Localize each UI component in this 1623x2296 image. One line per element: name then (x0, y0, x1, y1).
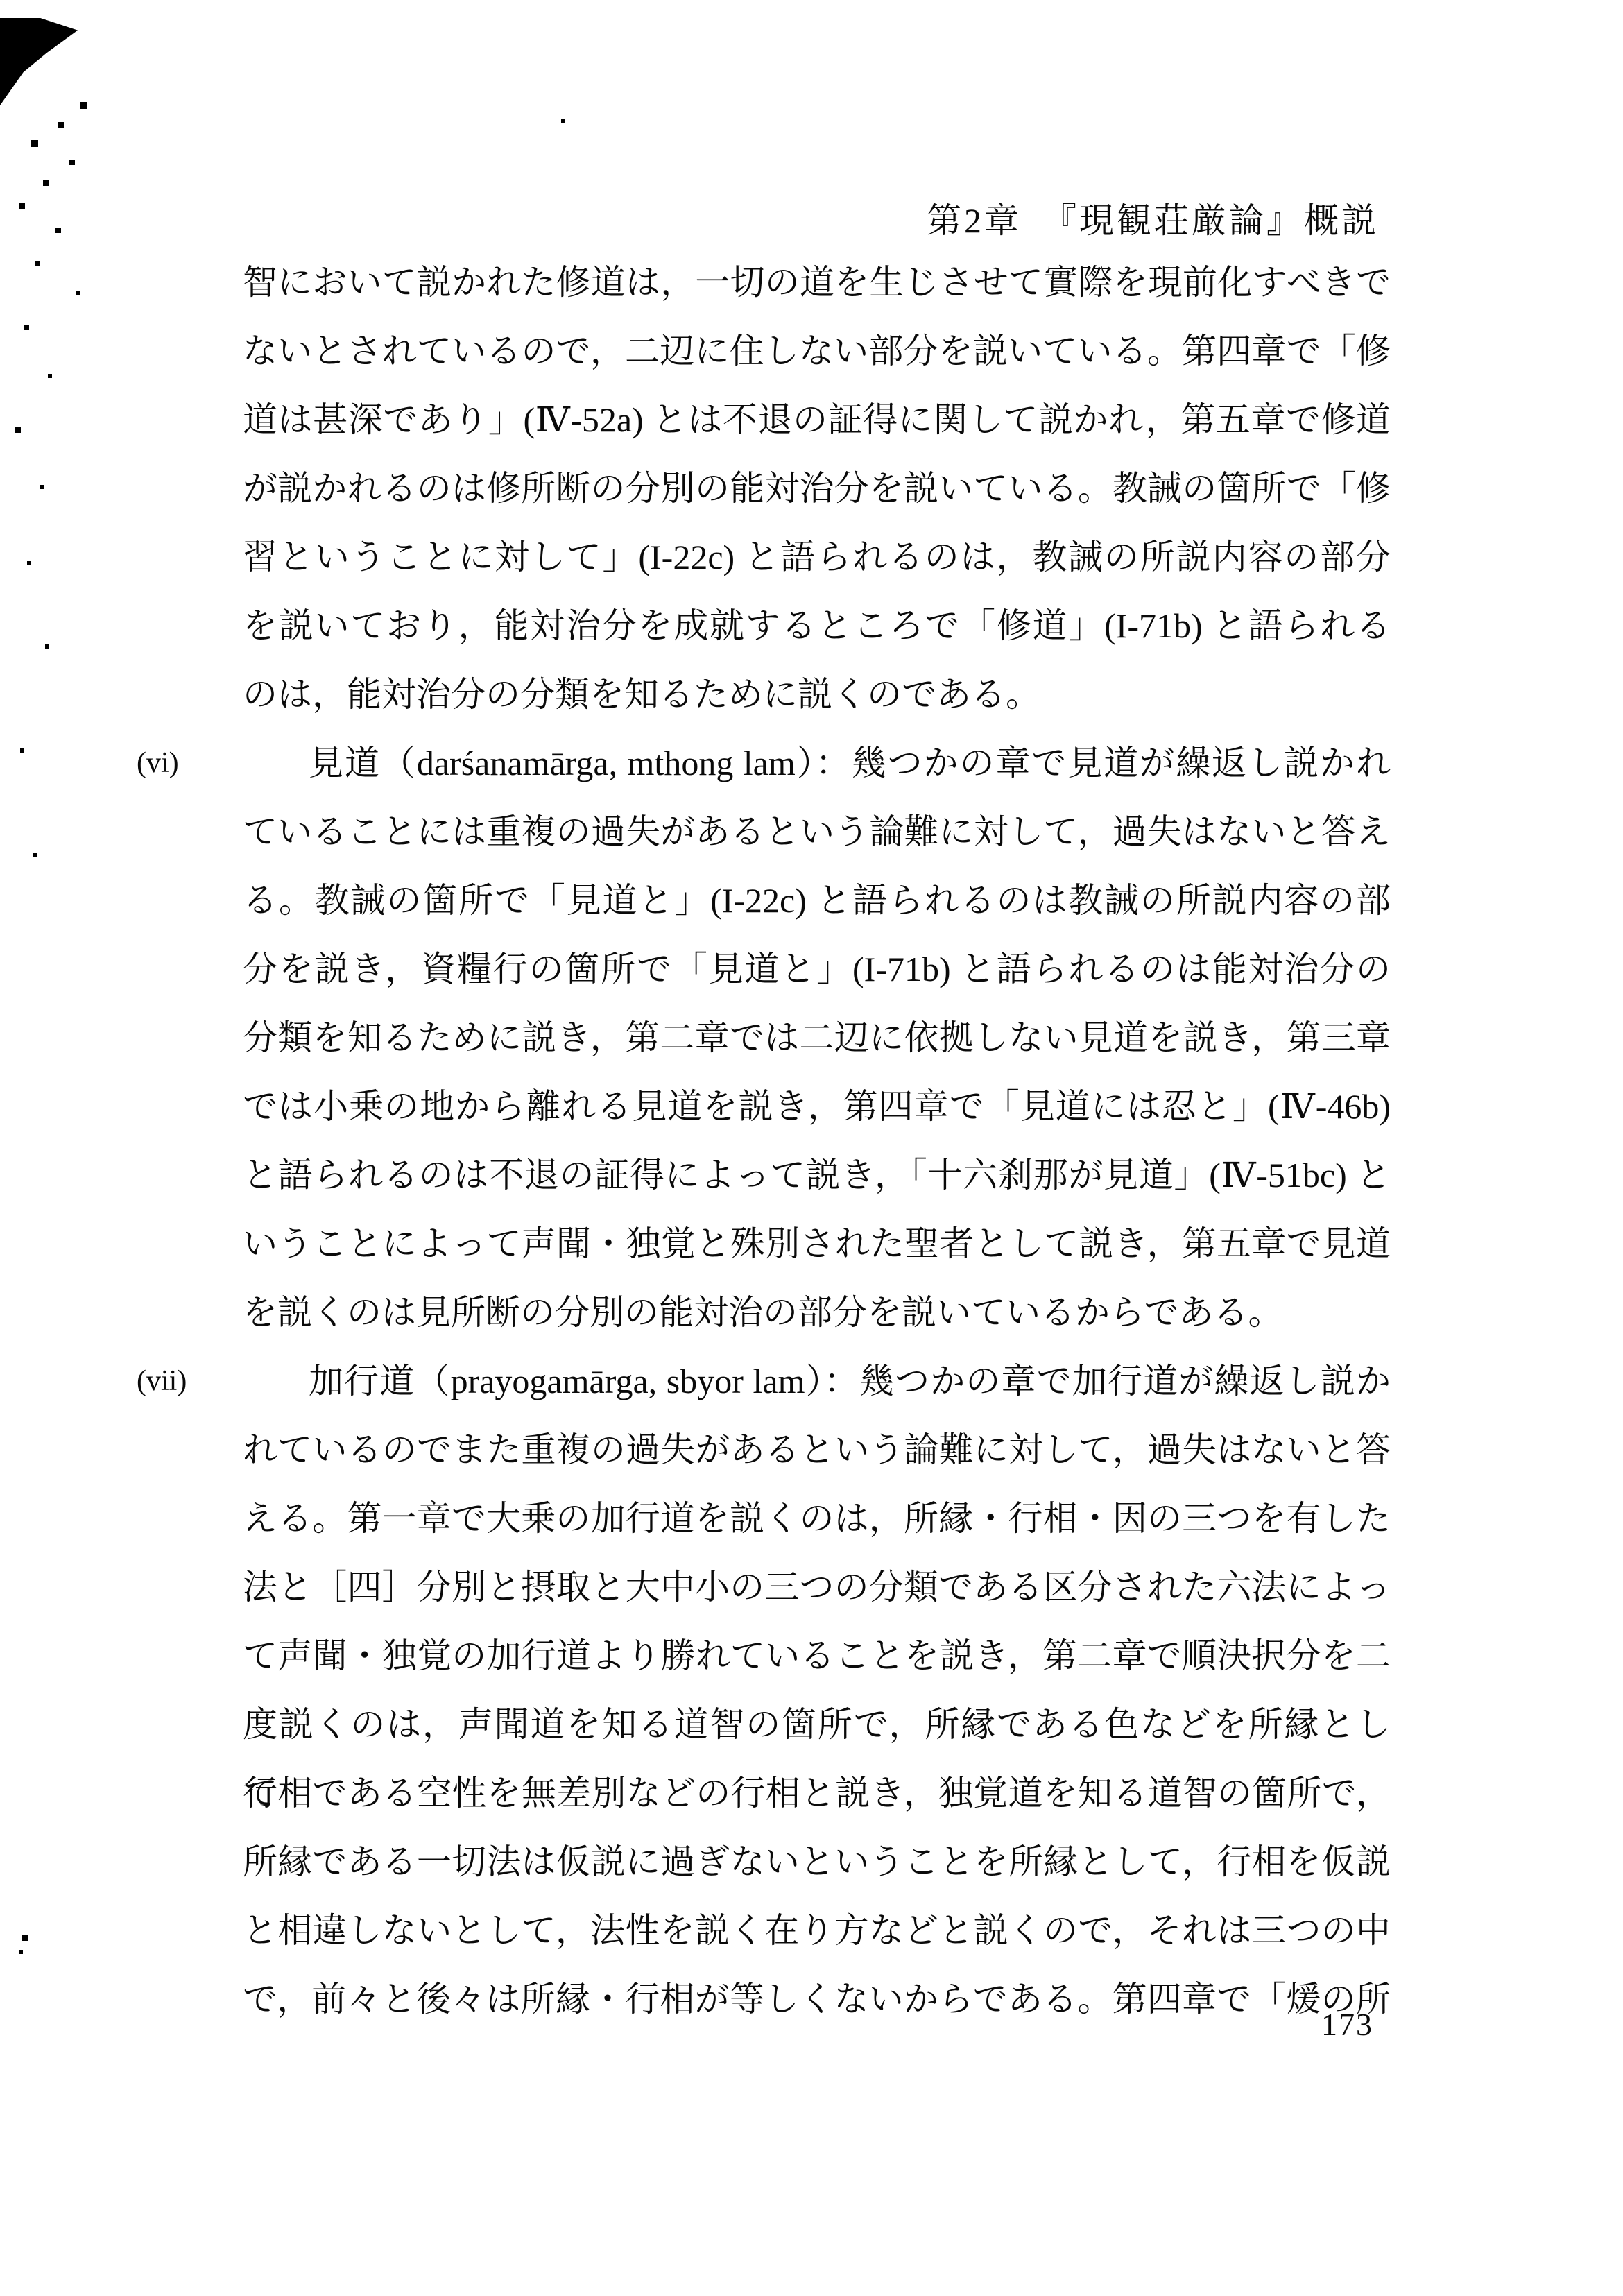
line-text: 分類を知るために説き，第二章では二辺に依拠しない見道を説き，第三章 (243, 1018, 1391, 1057)
text-line: を説いており，能対治分を成就するところで「修道」(I-71b) と語られる (243, 592, 1391, 660)
line-text: のは，能対治分の分類を知るために説くのである。 (243, 675, 1040, 714)
text-line: 度説くのは，声聞道を知る道智の箇所で，所縁である色などを所縁として， (243, 1690, 1391, 1759)
text-line: 習ということに対して」(I-22c) と語られるのは，教誡の所説内容の部分 (243, 523, 1391, 592)
line-text: 加行道（prayogamārga, sbyor lam）：幾つかの章で加行道が繰… (309, 1362, 1391, 1400)
text-line: (vii)加行道（prayogamārga, sbyor lam）：幾つかの章で… (243, 1347, 1391, 1416)
line-text: 法と［四］分別と摂取と大中小の三つの分類である区分された六法によっ (243, 1568, 1391, 1607)
line-text: 行相である空性を無差別などの行相と説き，独覚道を知る道智の箇所で， (243, 1774, 1391, 1813)
line-text: 智において説かれた修道は，一切の道を生じさせて實際を現前化すべきで (243, 263, 1391, 302)
list-item-marker: (vi) (137, 729, 179, 798)
text-line: 分を説き，資糧行の箇所で「見道と」(I-71b) と語られるのは能対治分の (243, 935, 1391, 1004)
text-line: ていることには重複の過失があるという論難に対して，過失はないと答え (243, 798, 1391, 866)
text-line: ないとされているので，二辺に住しない部分を説いている。第四章で「修 (243, 317, 1391, 386)
chapter-header: 第2章 『現観荘厳論』概説 (0, 193, 1379, 243)
line-text: える。第一章で大乗の加行道を説くのは，所縁・行相・因の三つを有した (243, 1499, 1391, 1538)
list-item-marker: (vii) (137, 1347, 187, 1416)
line-text: が説かれるのは修所断の分別の能対治分を説いている。教誡の箇所で「修 (243, 469, 1391, 508)
body-text-block: 智において説かれた修道は，一切の道を生じさせて實際を現前化すべきでないとされてい… (243, 248, 1391, 2034)
text-line: と相違しないとして，法性を説く在り方などと説くので，それは三つの中 (243, 1896, 1391, 1965)
line-text: 見道（darśanamārga, mthong lam）：幾つかの章で見道が繰返… (309, 744, 1391, 782)
line-text: て声聞・独覚の加行道より勝れていることを説き，第二章で順決択分を二 (243, 1636, 1391, 1675)
line-text: と相違しないとして，法性を説く在り方などと説くので，それは三つの中 (243, 1911, 1391, 1950)
document-page: 第2章 『現観荘厳論』概説 智において説かれた修道は，一切の道を生じさせて實際を… (0, 0, 1623, 2296)
text-line: のは，能対治分の分類を知るために説くのである。 (243, 660, 1391, 729)
line-text: を説くのは見所断の分別の能対治の部分を説いているからである。 (243, 1293, 1283, 1332)
line-text: と語られるのは不退の証得によって説き，「十六刹那が見道」(Ⅳ-51bc) と (243, 1156, 1391, 1194)
text-line: 道は甚深であり」(Ⅳ-52a) とは不退の証得に関して説かれ，第五章で修道 (243, 386, 1391, 454)
scan-speckles (0, 0, 3, 3)
text-line: て声聞・独覚の加行道より勝れていることを説き，第二章で順決択分を二 (243, 1622, 1391, 1690)
text-line: (vi)見道（darśanamārga, mthong lam）：幾つかの章で見… (243, 729, 1391, 798)
text-line: 行相である空性を無差別などの行相と説き，独覚道を知る道智の箇所で， (243, 1759, 1391, 1828)
line-text: いうことによって声聞・独覚と殊別された聖者として説き，第五章で見道 (243, 1224, 1391, 1263)
text-line: で，前々と後々は所縁・行相が等しくないからである。第四章で「煖の所 (243, 1965, 1391, 2034)
text-line: を説くのは見所断の分別の能対治の部分を説いているからである。 (243, 1278, 1391, 1347)
scan-smudge-icon (0, 18, 78, 105)
line-text: 分を説き，資糧行の箇所で「見道と」(I-71b) と語られるのは能対治分の (243, 950, 1391, 988)
line-text: ていることには重複の過失があるという論難に対して，過失はないと答え (243, 812, 1391, 851)
text-line: が説かれるのは修所断の分別の能対治分を説いている。教誡の箇所で「修 (243, 454, 1391, 523)
line-text: で，前々と後々は所縁・行相が等しくないからである。第四章で「煖の所 (243, 1980, 1391, 2019)
line-text: 道は甚深であり」(Ⅳ-52a) とは不退の証得に関して説かれ，第五章で修道 (243, 400, 1391, 439)
page-number: 173 (1321, 2006, 1373, 2043)
text-line: いうことによって声聞・独覚と殊別された聖者として説き，第五章で見道 (243, 1210, 1391, 1278)
text-line: える。第一章で大乗の加行道を説くのは，所縁・行相・因の三つを有した (243, 1484, 1391, 1553)
text-line: 法と［四］分別と摂取と大中小の三つの分類である区分された六法によっ (243, 1553, 1391, 1622)
line-text: る。教誡の箇所で「見道と」(I-22c) と語られるのは教誡の所説内容の部 (243, 881, 1391, 920)
text-line: 分類を知るために説き，第二章では二辺に依拠しない見道を説き，第三章 (243, 1004, 1391, 1072)
line-text: 習ということに対して」(I-22c) と語られるのは，教誡の所説内容の部分 (243, 538, 1391, 576)
line-text: を説いており，能対治分を成就するところで「修道」(I-71b) と語られる (243, 606, 1391, 645)
line-text: れているのでまた重複の過失があるという論難に対して，過失はないと答 (243, 1430, 1391, 1469)
text-line: れているのでまた重複の過失があるという論難に対して，過失はないと答 (243, 1416, 1391, 1484)
text-line: では小乗の地から離れる見道を説き，第四章で「見道には忍と」(Ⅳ-46b) (243, 1072, 1391, 1141)
line-text: 所縁である一切法は仮説に過ぎないということを所縁として，行相を仮説 (243, 1842, 1391, 1881)
text-line: 所縁である一切法は仮説に過ぎないということを所縁として，行相を仮説 (243, 1828, 1391, 1896)
text-line: る。教誡の箇所で「見道と」(I-22c) と語られるのは教誡の所説内容の部 (243, 866, 1391, 935)
text-line: 智において説かれた修道は，一切の道を生じさせて實際を現前化すべきで (243, 248, 1391, 317)
line-text: では小乗の地から離れる見道を説き，第四章で「見道には忍と」(Ⅳ-46b) (243, 1087, 1391, 1126)
text-line: と語られるのは不退の証得によって説き，「十六刹那が見道」(Ⅳ-51bc) と (243, 1141, 1391, 1210)
line-text: ないとされているので，二辺に住しない部分を説いている。第四章で「修 (243, 332, 1391, 370)
